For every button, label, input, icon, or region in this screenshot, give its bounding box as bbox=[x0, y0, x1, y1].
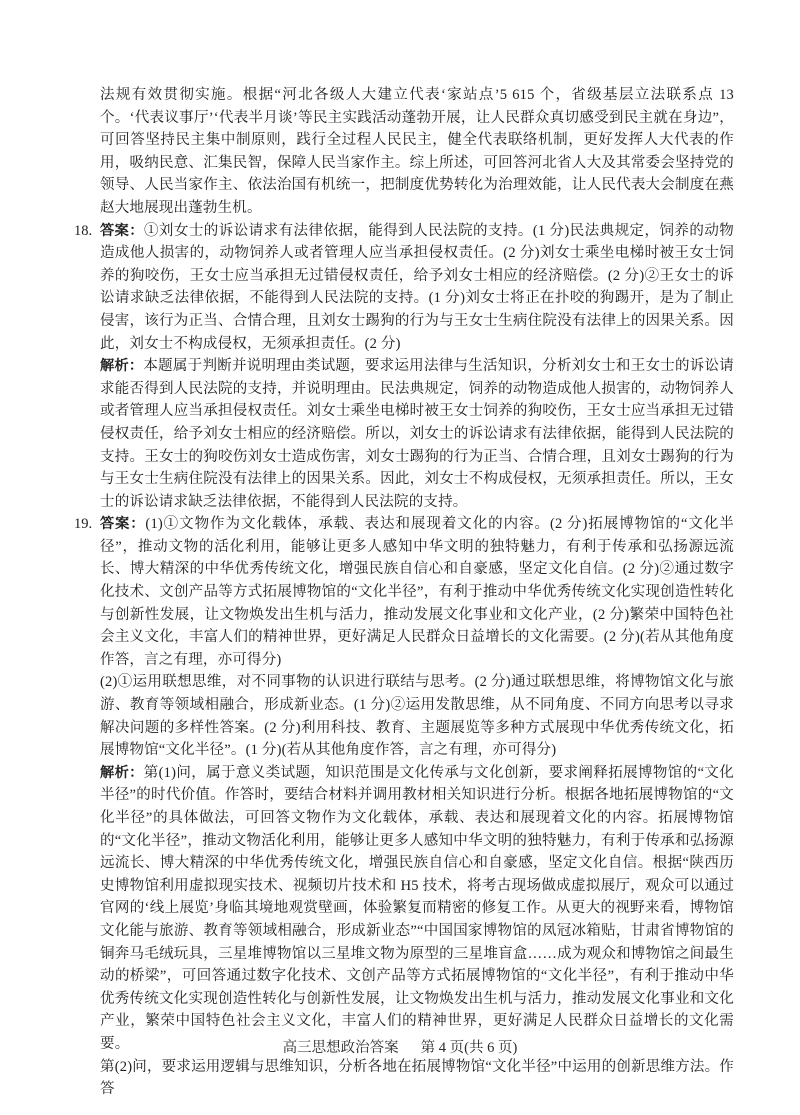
footer-page-number: 第 4 页(共 6 页) bbox=[421, 1040, 518, 1056]
footer-doc-title: 高三思想政治答案 bbox=[283, 1040, 399, 1056]
q18-analysis-label: 解析： bbox=[100, 358, 143, 374]
page-footer: 高三思想政治答案第 4 页(共 6 页) bbox=[0, 1036, 800, 1057]
q18-answer-text: ①刘女士的诉讼请求有法律依据，能得到人民法院的支持。(1 分)民法典规定，饲养的… bbox=[100, 223, 734, 352]
q19-analysis-part1-text: 第(1)问，属于意义类试题，知识范围是文化传承与文化创新，要求阐释拓展博物馆的“… bbox=[100, 765, 734, 1052]
q19-analysis-part1-paragraph: 解析：第(1)问，属于意义类试题，知识范围是文化传承与文化创新，要求阐释拓展博物… bbox=[100, 762, 734, 1056]
q19-answer-part1-paragraph: 答案：(1)①文物作为文化载体，承载、表达和展现着文化的内容。(2 分)拓展博物… bbox=[100, 513, 734, 671]
q17-continuation-paragraph: 法规有效贯彻实施。根据“河北各级人大建立代表‘家站点’5 615 个，省级基层立… bbox=[100, 84, 734, 220]
q18-number: 18. bbox=[74, 220, 92, 243]
q19-analysis-part2-paragraph: 第(2)问，要求运用逻辑与思维知识，分析各地在拓展博物馆“文化半径”中运用的创新… bbox=[100, 1056, 734, 1101]
scanned-exam-answer-page: 法规有效贯彻实施。根据“河北各级人大建立代表‘家站点’5 615 个，省级基层立… bbox=[0, 0, 800, 1115]
q18-answer-label: 答案： bbox=[100, 223, 144, 239]
q18-analysis-paragraph: 解析：本题属于判断并说明理由类试题，要求运用法律与生活知识，分析刘女士和王女士的… bbox=[100, 355, 734, 513]
document-body: 法规有效贯彻实施。根据“河北各级人大建立代表‘家站点’5 615 个，省级基层立… bbox=[100, 84, 734, 1101]
q19-block: 19. 答案：(1)①文物作为文化载体，承载、表达和展现着文化的内容。(2 分)… bbox=[100, 513, 734, 1100]
q19-analysis-label: 解析： bbox=[100, 765, 144, 781]
q18-answer-paragraph: 答案：①刘女士的诉讼请求有法律依据，能得到人民法院的支持。(1 分)民法典规定，… bbox=[100, 220, 734, 356]
q19-number: 19. bbox=[74, 513, 92, 536]
q19-answer-part2-paragraph: (2)①运用联想思维，对不同事物的认识进行联结与思考。(2 分)通过联想思维，将… bbox=[100, 671, 734, 761]
q18-block: 18. 答案：①刘女士的诉讼请求有法律依据，能得到人民法院的支持。(1 分)民法… bbox=[100, 220, 734, 514]
q19-answer-label: 答案： bbox=[100, 516, 145, 532]
q19-answer-part1-text: (1)①文物作为文化载体，承载、表达和展现着文化的内容。(2 分)拓展博物馆的“… bbox=[100, 516, 734, 668]
q18-analysis-text: 本题属于判断并说明理由类试题，要求运用法律与生活知识，分析刘女士和王女士的诉讼请… bbox=[100, 358, 734, 510]
